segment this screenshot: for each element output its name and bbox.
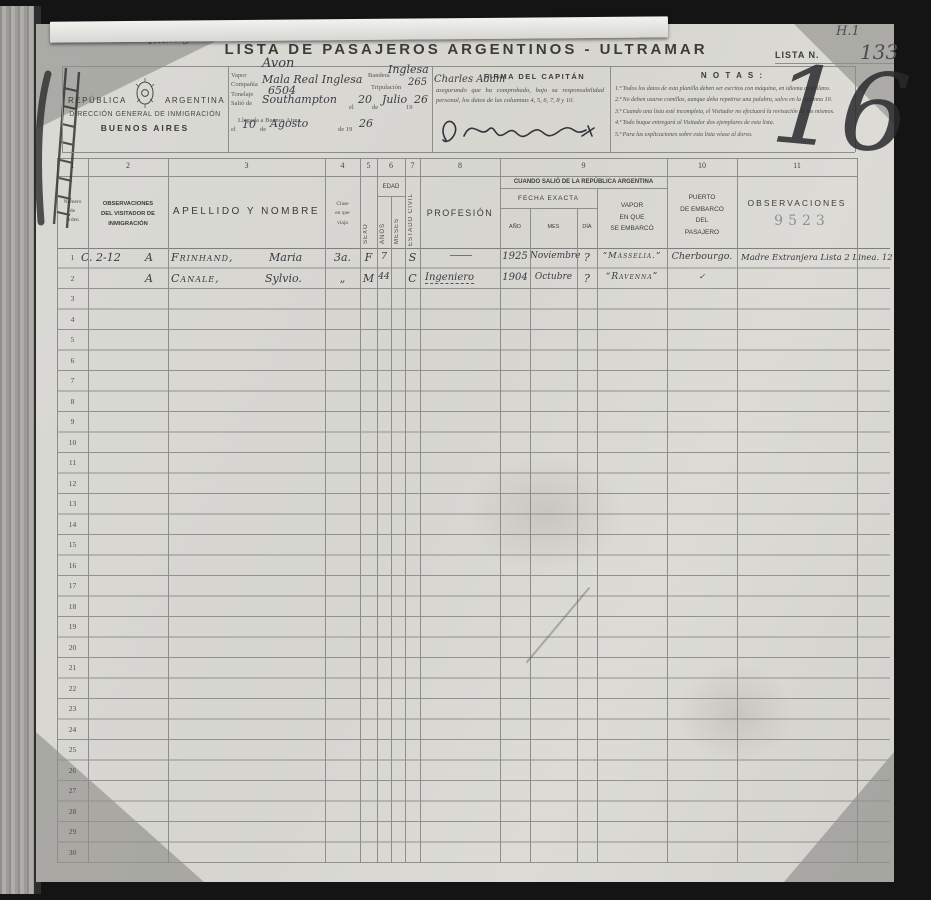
header-ano: AÑO: [500, 224, 530, 230]
order-number: 4: [57, 315, 88, 324]
header-cuando-salio: CUANDO SALIÓ DE LA REPÚBLICA ARGENTINA: [500, 179, 667, 185]
llegada-year: 26: [359, 117, 373, 130]
order-number: 2: [57, 274, 88, 283]
header-sexo: SEXO: [363, 198, 369, 244]
order-number: 19: [57, 622, 88, 631]
cell-observaciones: Madre Extranjera Lista 2 Linea. 12: [741, 253, 893, 263]
order-number: 1: [57, 253, 88, 262]
captain-signature-flourish: [434, 106, 604, 152]
bandera-label: Bandera: [368, 72, 390, 79]
order-number: 3: [57, 294, 88, 303]
order-number: 16: [57, 561, 88, 570]
column-number: 10: [667, 161, 737, 170]
grid-vline: [391, 196, 392, 863]
salio-year: 26: [414, 93, 428, 106]
captain-box: FIRMA DEL CAPITÁN Charles Adam asegurand…: [432, 66, 610, 152]
row-lines: [57, 248, 890, 864]
grid-vline: [168, 158, 169, 863]
grid-vline: [500, 158, 501, 863]
salio-port: Southampton: [262, 93, 337, 106]
cell-anos: 44: [377, 272, 391, 282]
salio-19: 19: [406, 104, 413, 111]
llegada-month: Agosto: [270, 117, 308, 130]
cell-visitador-mark: A: [145, 272, 153, 285]
fecha-underline: [500, 208, 597, 209]
column-number: 4: [325, 161, 360, 170]
header-observaciones-visitador: OBSERVACIONESDEL VISITADOR DEINMIGRACIÓN: [88, 200, 168, 230]
cell-mes: Noviembre: [530, 251, 577, 261]
cell-estado: S: [405, 251, 420, 264]
grid-vline: [360, 158, 361, 863]
vapor-label: Vapor: [231, 72, 247, 79]
captain-certification: asegurando que ha comprobado, bajo su re…: [436, 86, 604, 106]
order-number: 30: [57, 848, 88, 857]
grid-vline: [325, 158, 326, 863]
order-number: 27: [57, 786, 88, 795]
cell-sexo: F: [360, 251, 377, 264]
pencil-mark-h1: H.1: [836, 24, 860, 39]
column-number: 3: [168, 161, 325, 170]
ship-box: Avon Vapor Inglesa Bandera Compañía Mala…: [228, 60, 432, 152]
order-number: 17: [57, 581, 88, 590]
cell-clase: „: [325, 272, 360, 285]
order-number: 24: [57, 725, 88, 734]
passenger-table: 1 2 3 4 5 6 7 8 9 10 11 Númerodeorden OB…: [57, 158, 857, 863]
cell-ano: 1904: [500, 272, 530, 283]
tripulacion-value: 265: [408, 77, 427, 88]
grid-vline: [377, 158, 378, 863]
header-mes: MES: [530, 224, 577, 230]
order-number: 5: [57, 335, 88, 344]
column-number: 6: [377, 161, 405, 170]
order-number: 14: [57, 520, 88, 529]
grid-vline: [667, 158, 668, 863]
cell-vapor: “Masselia.”: [597, 251, 667, 261]
cell-clase: 3a.: [325, 251, 360, 264]
order-number: 10: [57, 438, 88, 447]
cell-sexo: M: [360, 272, 377, 285]
header-meses: MESES: [394, 206, 400, 244]
cuando-underline: [500, 188, 667, 189]
cell-puerto: ✓: [667, 272, 737, 281]
order-number: 6: [57, 356, 88, 365]
cell-anos: 7: [377, 251, 391, 262]
header-puerto-embarco: PUERTODE EMBARCODELPASAJERO: [667, 192, 737, 239]
grid-vline: [530, 208, 531, 863]
grid-vline: [405, 158, 406, 863]
city-label: BUENOS AIRES: [62, 123, 228, 133]
llegada-de19: de 19: [338, 126, 352, 133]
cell-profesion: Ingeniero: [425, 272, 474, 284]
salio-label: Salió de: [231, 100, 252, 107]
captain-name: Charles Adam: [434, 74, 505, 85]
header-edad: EDAD: [377, 184, 405, 190]
llegada-day: 10: [242, 118, 256, 131]
column-number: 8: [420, 161, 500, 170]
order-number: 28: [57, 807, 88, 816]
salio-month: Julio: [382, 93, 407, 106]
order-number: 18: [57, 602, 88, 611]
grid-vline: [737, 158, 738, 863]
header-clase: Claseen queviaja: [325, 200, 360, 228]
cell-surname: Frinhand,: [171, 251, 233, 264]
header-vapor-embarco: VAPOREN QUESE EMBARCÓ: [597, 200, 667, 235]
order-number: 29: [57, 827, 88, 836]
cell-profesion: ———: [425, 251, 495, 261]
column-number: 2: [88, 161, 168, 170]
direccion-label: DIRECCIÓN GENERAL DE INMIGRACIÓN: [62, 111, 228, 118]
cell-dia: ?: [577, 251, 597, 264]
order-number: 26: [57, 766, 88, 775]
argentina-seal-icon: [128, 76, 162, 110]
header-observaciones: OBSERVACIONES: [737, 198, 857, 208]
grid-vline: [57, 158, 58, 863]
header-apellido-nombre: APELLIDO Y NOMBRE: [168, 206, 325, 217]
order-number: 22: [57, 684, 88, 693]
grid-vline: [577, 208, 578, 863]
order-number: 23: [57, 704, 88, 713]
cell-dia: ?: [577, 272, 597, 285]
order-number: 20: [57, 643, 88, 652]
header-estado-civil: ESTADO CIVIL: [408, 188, 414, 246]
tonelaje-label: Tonelaje: [231, 91, 253, 98]
order-number: 21: [57, 663, 88, 672]
cell-given-name: Sylvio.: [265, 272, 302, 285]
grid-vline: [857, 158, 858, 863]
cell-surname: Canale,: [171, 272, 220, 285]
header-dia: DÍA: [577, 224, 597, 230]
salio-day: 20: [358, 93, 372, 106]
order-number: 12: [57, 479, 88, 488]
order-number: 7: [57, 376, 88, 385]
order-number: 11: [57, 458, 88, 467]
header-profesion: PROFESIÓN: [420, 208, 500, 218]
salio-el: el: [349, 104, 354, 111]
order-number: 8: [57, 397, 88, 406]
compania-label: Compañía: [231, 81, 258, 88]
header-anos: AÑOS: [380, 206, 386, 244]
passenger-list-page: Immigration H.1 133 16 LISTA DE PASAJERO…: [36, 24, 894, 882]
llegada-de: de: [260, 126, 266, 133]
tripulacion-label: Tripulación: [371, 84, 401, 91]
republica-label: REPÚBLICA: [68, 96, 127, 105]
grid-vline: [597, 188, 598, 863]
column-number: 7: [405, 161, 420, 170]
order-number: 13: [57, 499, 88, 508]
bandera-value: Inglesa: [388, 63, 429, 76]
band-bottom-line: [62, 152, 855, 153]
stamp-number: 9523: [747, 213, 857, 229]
vapor-value: Avon: [262, 56, 294, 71]
cell-vapor: “Ravenna”: [597, 272, 667, 282]
order-number: 25: [57, 745, 88, 754]
cell-ano: 1925: [500, 251, 530, 262]
cell-visitador-mark: A: [145, 251, 153, 264]
agency-box: REPÚBLICA ARGENTINA DIRECCIÓN GENERAL DE…: [62, 66, 228, 152]
cell-mes: Octubre: [530, 272, 577, 282]
order-number: 15: [57, 540, 88, 549]
cell-puerto: Cherbourgo.: [667, 251, 737, 262]
grid-vline: [88, 158, 89, 863]
cell-given-name: Maria: [269, 251, 302, 264]
grid-vline: [420, 158, 421, 863]
salio-de: de: [372, 104, 378, 111]
order-number: 9: [57, 417, 88, 426]
argentina-label: ARGENTINA: [165, 96, 225, 105]
llegada-el: el: [231, 126, 236, 133]
header-fecha-exacta: FECHA EXACTA: [500, 195, 597, 202]
big-page-number: 16: [768, 54, 914, 168]
column-number: 9: [500, 161, 667, 170]
column-number: 5: [360, 161, 377, 170]
passenger-row: C. 2-12 A Frinhand, Maria 3a. F 7 S ——— …: [57, 249, 877, 270]
passenger-row: A Canale, Sylvio. „ M 44 C Ingeniero 190…: [57, 270, 877, 291]
cell-estado: C: [405, 272, 420, 285]
